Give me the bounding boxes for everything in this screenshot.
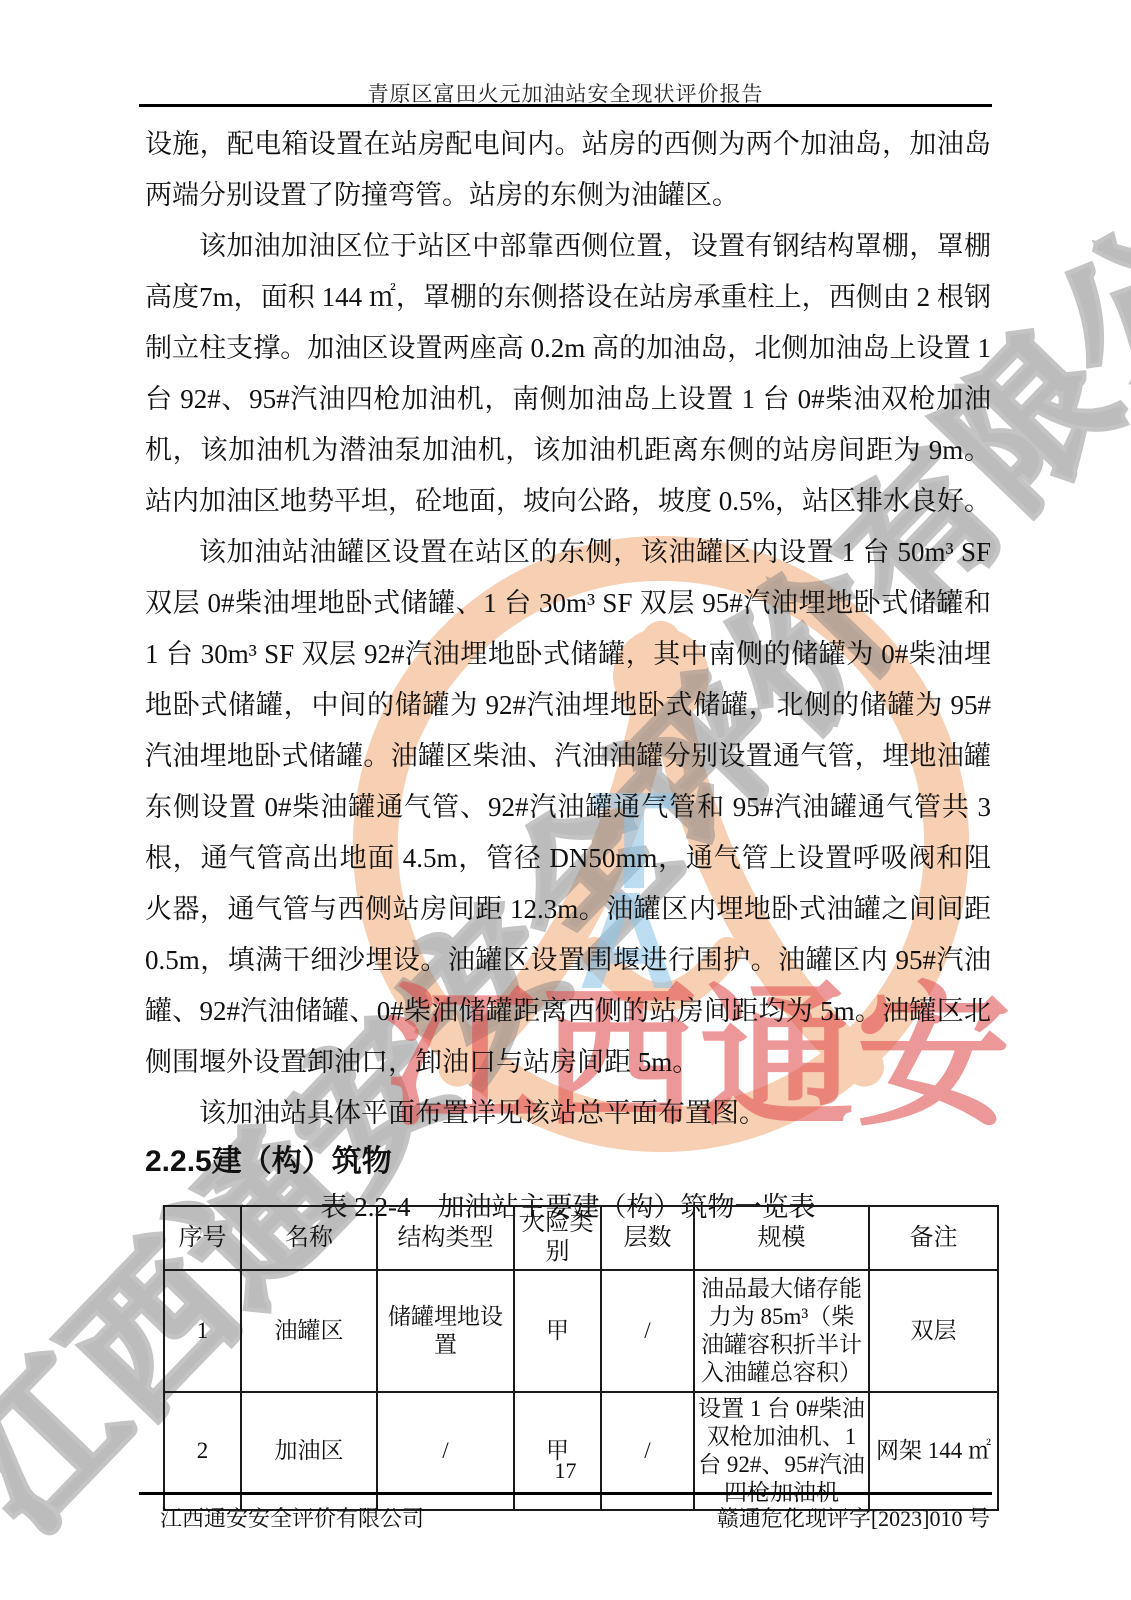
- cell-index: 1: [164, 1270, 241, 1392]
- col-header-name: 名称: [241, 1206, 377, 1270]
- col-header-scale: 规模: [694, 1206, 869, 1270]
- col-header-structure: 结构类型: [377, 1206, 514, 1270]
- paragraph: 该加油站油罐区设置在站区的东侧，该油罐区内设置 1 台 50m³ SF 双层 0…: [145, 527, 991, 1088]
- paragraph: 该加油加油区位于站区中部靠西侧位置，设置有钢结构罩棚，罩棚高度7m，面积 144…: [145, 221, 991, 527]
- cell-scale: 油品最大储存能力为 85m³（柴油罐容积折半计入油罐总容积）: [694, 1270, 869, 1392]
- paragraph: 该加油站具体平面布置详见该站总平面布置图。: [145, 1088, 991, 1139]
- page-number: 17: [0, 1458, 1131, 1484]
- col-header-remark: 备注: [869, 1206, 998, 1270]
- paragraph: 设施，配电箱设置在站房配电间内。站房的西侧为两个加油岛，加油岛两端分别设置了防撞…: [145, 119, 991, 221]
- table-row: 1 油罐区 储罐埋地设置 甲 / 油品最大储存能力为 85m³（柴油罐容积折半计…: [164, 1270, 998, 1392]
- report-page: 江西通安安全评价有限公司 T A 江西通安 青原区富田火元加油站安全现状评价报告…: [0, 0, 1131, 1600]
- cell-fire-class: 甲: [514, 1270, 601, 1392]
- cell-floors: /: [601, 1270, 694, 1392]
- col-header-fire-class: 火险类别: [514, 1206, 601, 1270]
- col-header-floors: 层数: [601, 1206, 694, 1270]
- header-rule: [139, 104, 992, 107]
- footer-doc-number: 赣通危化现评字[2023]010 号: [717, 1502, 990, 1533]
- page-content: 青原区富田火元加油站安全现状评价报告 设施，配电箱设置在站房配电间内。站房的西侧…: [0, 0, 1131, 1600]
- cell-structure: 储罐埋地设置: [377, 1270, 514, 1392]
- section-heading: 2.2.5建（构）筑物: [145, 1139, 991, 1185]
- footer-rule: [139, 1492, 992, 1495]
- table-header-row: 序号 名称 结构类型 火险类别 层数 规模 备注: [164, 1206, 998, 1270]
- footer: 江西通安安全评价有限公司 赣通危化现评字[2023]010 号: [160, 1502, 990, 1533]
- cell-remark: 双层: [869, 1270, 998, 1392]
- cell-name: 油罐区: [241, 1270, 377, 1392]
- body-text: 设施，配电箱设置在站房配电间内。站房的西侧为两个加油岛，加油岛两端分别设置了防撞…: [145, 119, 991, 1229]
- footer-company: 江西通安安全评价有限公司: [160, 1502, 424, 1533]
- col-header-index: 序号: [164, 1206, 241, 1270]
